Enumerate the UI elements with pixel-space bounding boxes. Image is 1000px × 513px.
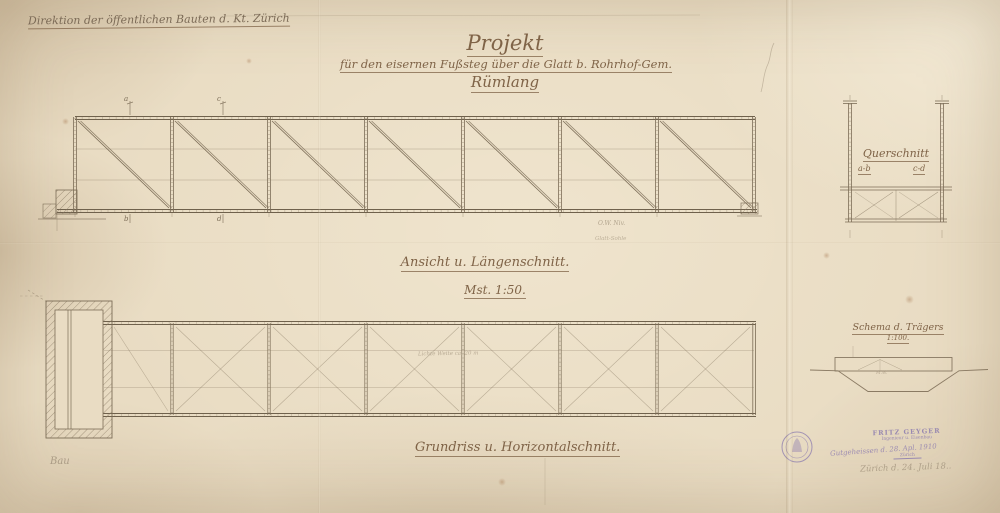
schema-title-label: Schema d. Trägers	[850, 322, 946, 333]
pencil-note-river-bed: Glatt-Sohle	[595, 236, 626, 242]
section-marker-b: b	[124, 215, 128, 223]
pencil-scribble	[761, 43, 774, 92]
title-line2: für den eisernen Fußsteg über die Glatt …	[340, 57, 670, 71]
pencil-note-bottom-left: Bau	[50, 456, 70, 467]
title-line1: Projekt	[420, 31, 590, 55]
left-abutment-elevation	[38, 190, 106, 231]
office-box-stamp: FRITZ GEYGER Ingenieur u. Eisenbau Züric…	[864, 427, 949, 462]
round-seal-stamp	[782, 432, 812, 462]
section-marker-c: c	[217, 95, 221, 103]
pencil-note-water-level: O.W. Niv.	[598, 220, 625, 227]
right-bearing-elevation	[737, 203, 762, 216]
schema-scale-label: 1:100.	[868, 334, 928, 342]
elevation-label: Ansicht u. Längenschnitt.	[400, 255, 570, 270]
paper-crease-line	[225, 15, 700, 16]
pencil-note-plan-dimension: Lichte Weite ca. 20 m	[418, 350, 479, 357]
elevation-scale-label: Mst. 1:50.	[440, 283, 550, 297]
section-marker-d: d	[217, 215, 221, 223]
office-stamp-line3: Zürich	[894, 453, 921, 460]
scanned-drawing-sheet: Direktion der öffentlichen Bauten d. Kt.…	[0, 0, 1000, 513]
cross-section-label: Querschnitt	[855, 147, 937, 160]
archive-inscription: Direktion der öffentlichen Bauten d. Kt.…	[28, 12, 290, 28]
section-marker-a: a	[124, 95, 128, 103]
channel-profile-drawing	[810, 346, 988, 392]
cross-section-ab-label: a-b	[858, 164, 871, 173]
plan-label: Grundriss u. Horizontalschnitt.	[415, 440, 605, 455]
plan-drawing	[20, 290, 756, 505]
left-abutment-plan	[20, 290, 112, 438]
title-line3: Rümlang	[430, 73, 580, 91]
cross-section-cd-label: c-d	[913, 164, 925, 173]
pencil-note-channel: M.W.	[876, 371, 887, 376]
elevation-drawing	[38, 101, 762, 231]
cross-section-drawing	[840, 95, 952, 238]
